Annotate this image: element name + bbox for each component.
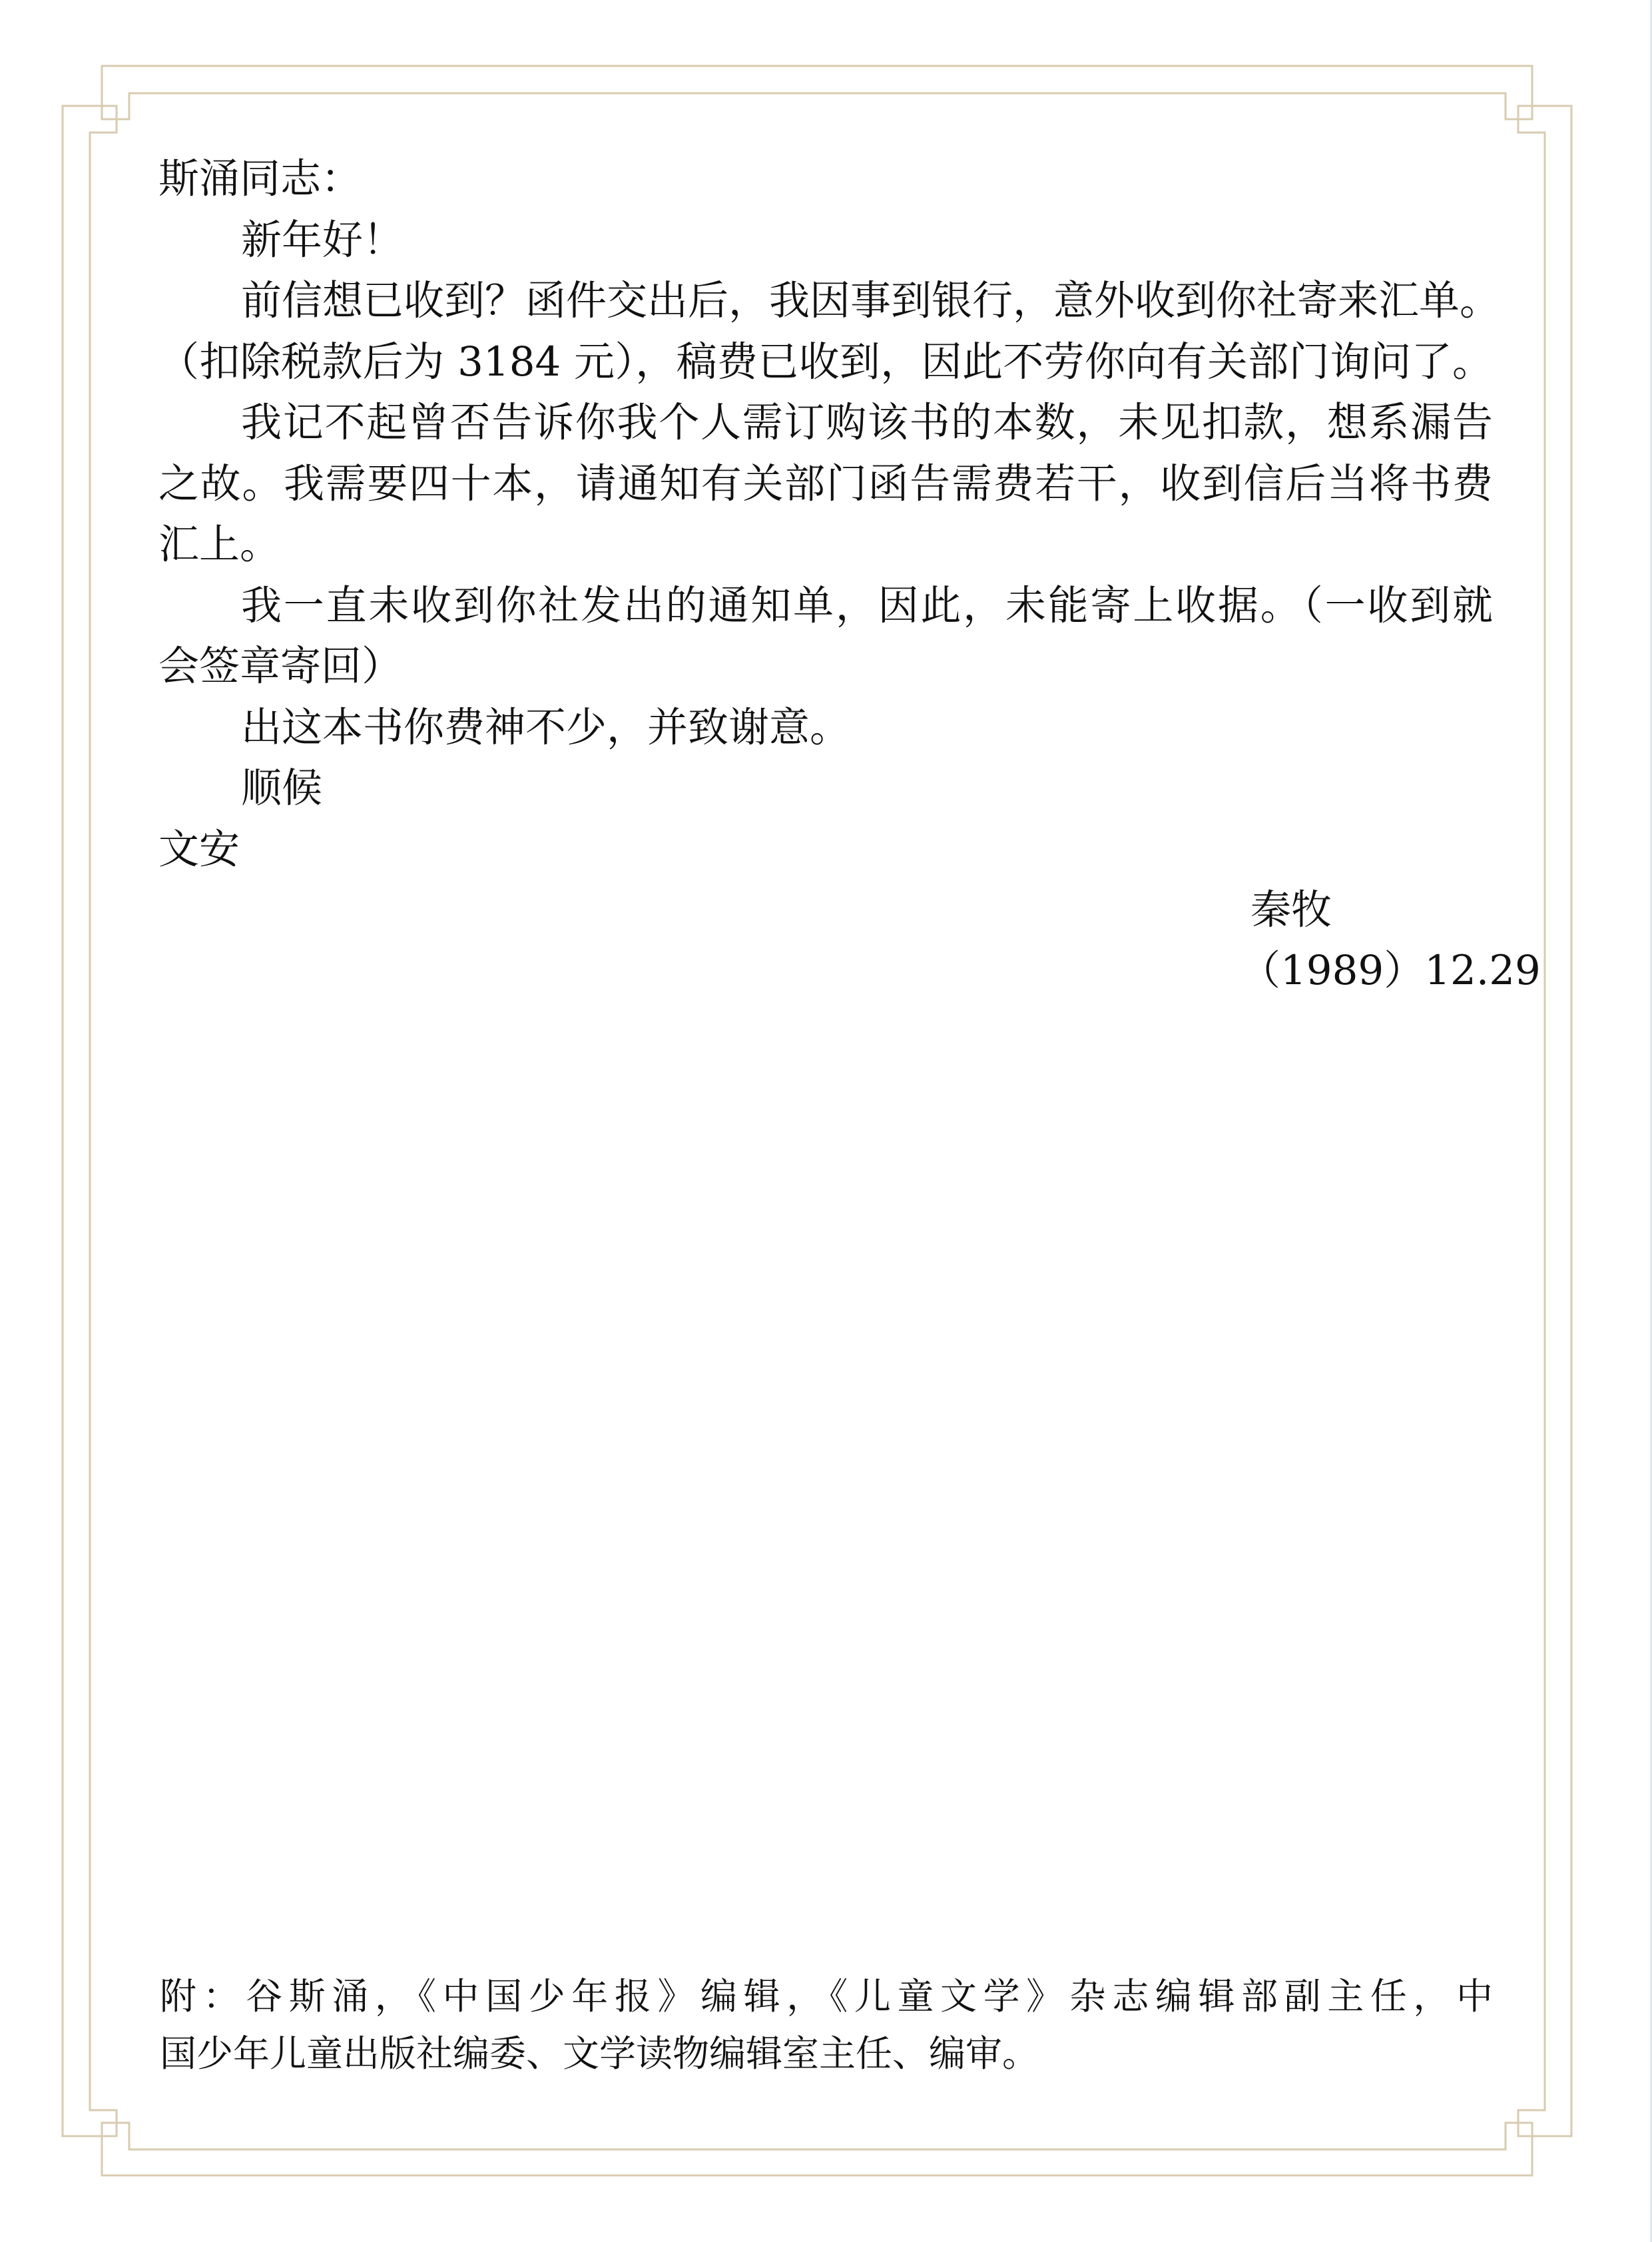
footnote-line-2: 国少年儿童出版社编委、文学读物编辑室主任、编审。 <box>160 2025 1493 2082</box>
closing-wish: 文安 <box>158 819 1493 880</box>
paragraph-2-line-3: 汇上。 <box>158 514 1493 575</box>
paragraph-1-line-1: 前信想已收到？函件交出后，我因事到银行，意外收到你社寄来汇单。 <box>158 270 1493 332</box>
signature-date: （1989）12.29 <box>1240 940 1541 1001</box>
letter-body: 斯涌同志： 新年好！ 前信想已收到？函件交出后，我因事到银行，意外收到你社寄来汇… <box>158 148 1493 880</box>
signature-name: 秦牧 <box>1250 880 1332 941</box>
paragraph-3-line-2: 会签章寄回） <box>158 636 1493 697</box>
paragraph-1-line-2: （扣除税款后为 3184 元），稿费已收到，因此不劳你向有关部门询问了。 <box>158 332 1493 393</box>
greeting: 新年好！ <box>158 210 1493 271</box>
paragraph-2-line-2: 之故。我需要四十本，请通知有关部门函告需费若干，收到信后当将书费 <box>158 453 1493 515</box>
footnote: 附：谷斯涌，《中国少年报》编辑，《儿童文学》杂志编辑部副主任，中 国少年儿童出版… <box>160 1968 1493 2082</box>
paragraph-2-line-1: 我记不起曾否告诉你我个人需订购该书的本数，未见扣款，想系漏告 <box>158 392 1493 453</box>
paragraph-4-line-1: 出这本书你费神不少，并致谢意。 <box>158 697 1493 758</box>
closing-regards: 顺候 <box>158 758 1493 819</box>
frame-right-border <box>1518 106 1571 2136</box>
salutation: 斯涌同志： <box>158 148 1493 210</box>
footnote-line-1: 附：谷斯涌，《中国少年报》编辑，《儿童文学》杂志编辑部副主任，中 <box>160 1968 1493 2025</box>
frame-top-border <box>102 66 1532 119</box>
frame-bottom-border <box>102 2123 1532 2175</box>
paragraph-3-line-1: 我一直未收到你社发出的通知单，因此，未能寄上收据。（一收到就 <box>158 575 1493 637</box>
frame-left-border <box>63 106 117 2136</box>
